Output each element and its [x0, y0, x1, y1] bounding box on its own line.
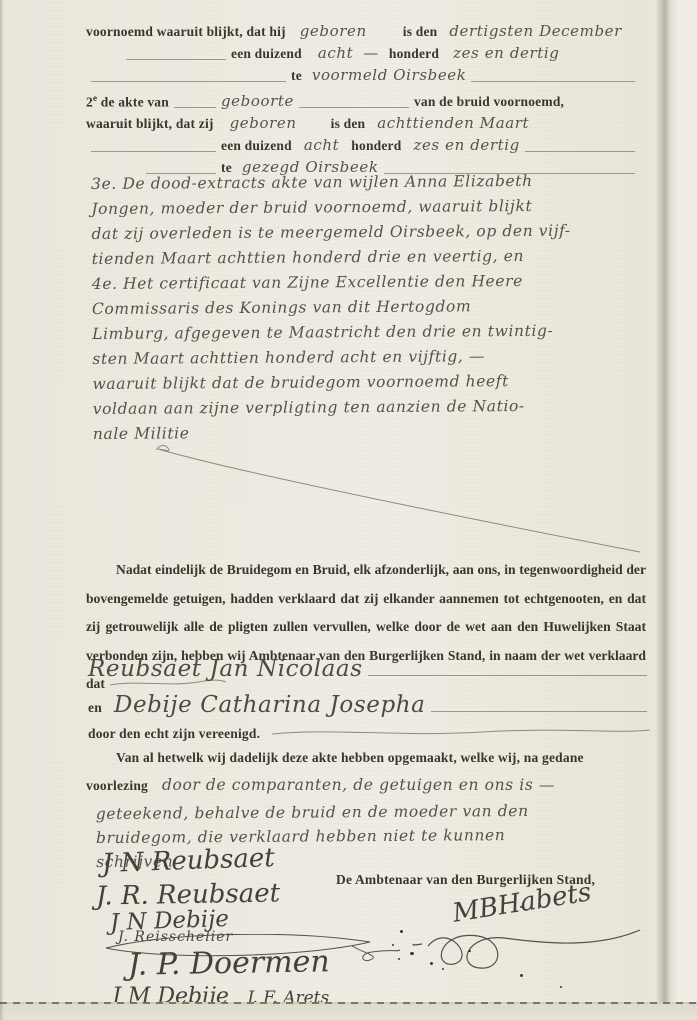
printed-text: honderd — [351, 138, 401, 154]
form-line-groom-born: voornoemd waaruit blijkt, dat hij gebore… — [86, 22, 640, 42]
printed-text: te — [291, 68, 302, 84]
ink-spot — [400, 930, 403, 933]
printed-text: van de bruid voornoemd, — [414, 94, 564, 110]
form-line-groom-place: te voormeld Oirsbeek — [86, 66, 640, 86]
ink-spot — [520, 906, 522, 908]
page-right-margin — [677, 0, 697, 1020]
ink-spot — [410, 952, 414, 955]
printed-text: is den — [403, 24, 438, 40]
printed-text: voornoemd waaruit blijkt, dat hij — [86, 24, 286, 40]
form-line-groom-year: een duizend acht — honderd zes en dertig — [86, 44, 640, 64]
groom-name-handwritten: Reubsaet Jan Nicolaas — [88, 656, 363, 682]
diagonal-pen-stroke — [140, 438, 650, 560]
handwritten-fill: voormeld Oirsbeek — [312, 66, 467, 84]
handwritten-fill: zes en dertig — [413, 136, 519, 154]
blank-rule — [525, 151, 635, 152]
page-left-edge-shadow — [0, 0, 4, 1020]
handwritten-fill: acht — [318, 44, 353, 62]
registrar-flourish — [408, 918, 648, 978]
ink-spot — [442, 968, 444, 970]
handwritten-dash: — — [363, 44, 379, 62]
closing-mixed-line: voorlezing door de comparanten, de getui… — [86, 776, 555, 795]
handwritten-fill: achttienden Maart — [377, 114, 529, 132]
printed-text: waaruit blijkt, dat zij — [86, 116, 214, 132]
handwritten-fill: dertigsten December — [449, 22, 622, 40]
page-bottom-edge — [0, 1002, 697, 1020]
printed-text: honderd — [389, 46, 439, 62]
blank-rule — [174, 107, 216, 108]
bride-name-line: en Debije Catharina Josepha — [88, 692, 652, 718]
blank-rule — [299, 107, 409, 108]
form-line-bride-year: een duizend acht honderd zes en dertig — [86, 136, 640, 156]
handwritten-fill: geboren — [230, 114, 297, 132]
form-line-bride-born: waaruit blijkt, dat zij geboren is den a… — [86, 114, 640, 134]
printed-text: een duizend — [221, 138, 292, 154]
signature-witness-5: J. P. Doermen — [128, 944, 330, 983]
printed-text: door den echt zijn vereenigd. — [88, 726, 260, 742]
blank-rule — [471, 81, 635, 82]
printed-text: en — [88, 700, 102, 716]
blank-rule — [126, 59, 226, 60]
handwritten-fill: geboorte — [221, 92, 294, 110]
blank-rule — [431, 711, 648, 712]
ink-spot — [392, 944, 394, 946]
handwritten-fill: acht — [304, 136, 339, 154]
printed-text: is den — [331, 116, 366, 132]
signature-witness-4-group: J. Reisschelier — [118, 928, 233, 946]
printed-text: Van al hetwelk wij dadelijk deze akte he… — [116, 750, 584, 766]
form-line-bride-akte: 2e de akte van geboorte van de bruid voo… — [86, 92, 640, 112]
ink-spot — [398, 958, 400, 960]
handwritten-fill: geboren — [300, 22, 367, 40]
blank-rule — [91, 151, 216, 152]
ink-spot — [468, 950, 471, 952]
handwritten-fill: door de comparanten, de getuigen en ons … — [162, 776, 555, 794]
page-fold-shadow — [655, 0, 677, 1020]
ink-spot — [430, 962, 433, 965]
blank-rule — [91, 81, 286, 82]
scanned-marriage-record-page: voornoemd waaruit blijkt, dat hij gebore… — [0, 0, 697, 1020]
handwritten-fill: zes en dertig — [453, 44, 559, 62]
printed-text: een duizend — [231, 46, 302, 62]
blank-rule — [368, 675, 647, 676]
handwritten-paragraph-documents: 3e. De dood-extracts akte van wijlen Ann… — [91, 168, 658, 447]
ink-spot — [560, 986, 562, 988]
printed-text: 2e de akte van — [86, 93, 169, 111]
bride-name-handwritten: Debije Catharina Josepha — [114, 692, 426, 718]
printed-text: voorlezing — [86, 778, 148, 793]
groom-name-line: Reubsaet Jan Nicolaas — [88, 656, 652, 682]
united-line: door den echt zijn vereenigd. — [88, 726, 652, 742]
ink-spot — [520, 974, 523, 977]
pen-stroke — [270, 726, 652, 738]
signature-witness-1: J N Reubsaet — [102, 843, 276, 879]
